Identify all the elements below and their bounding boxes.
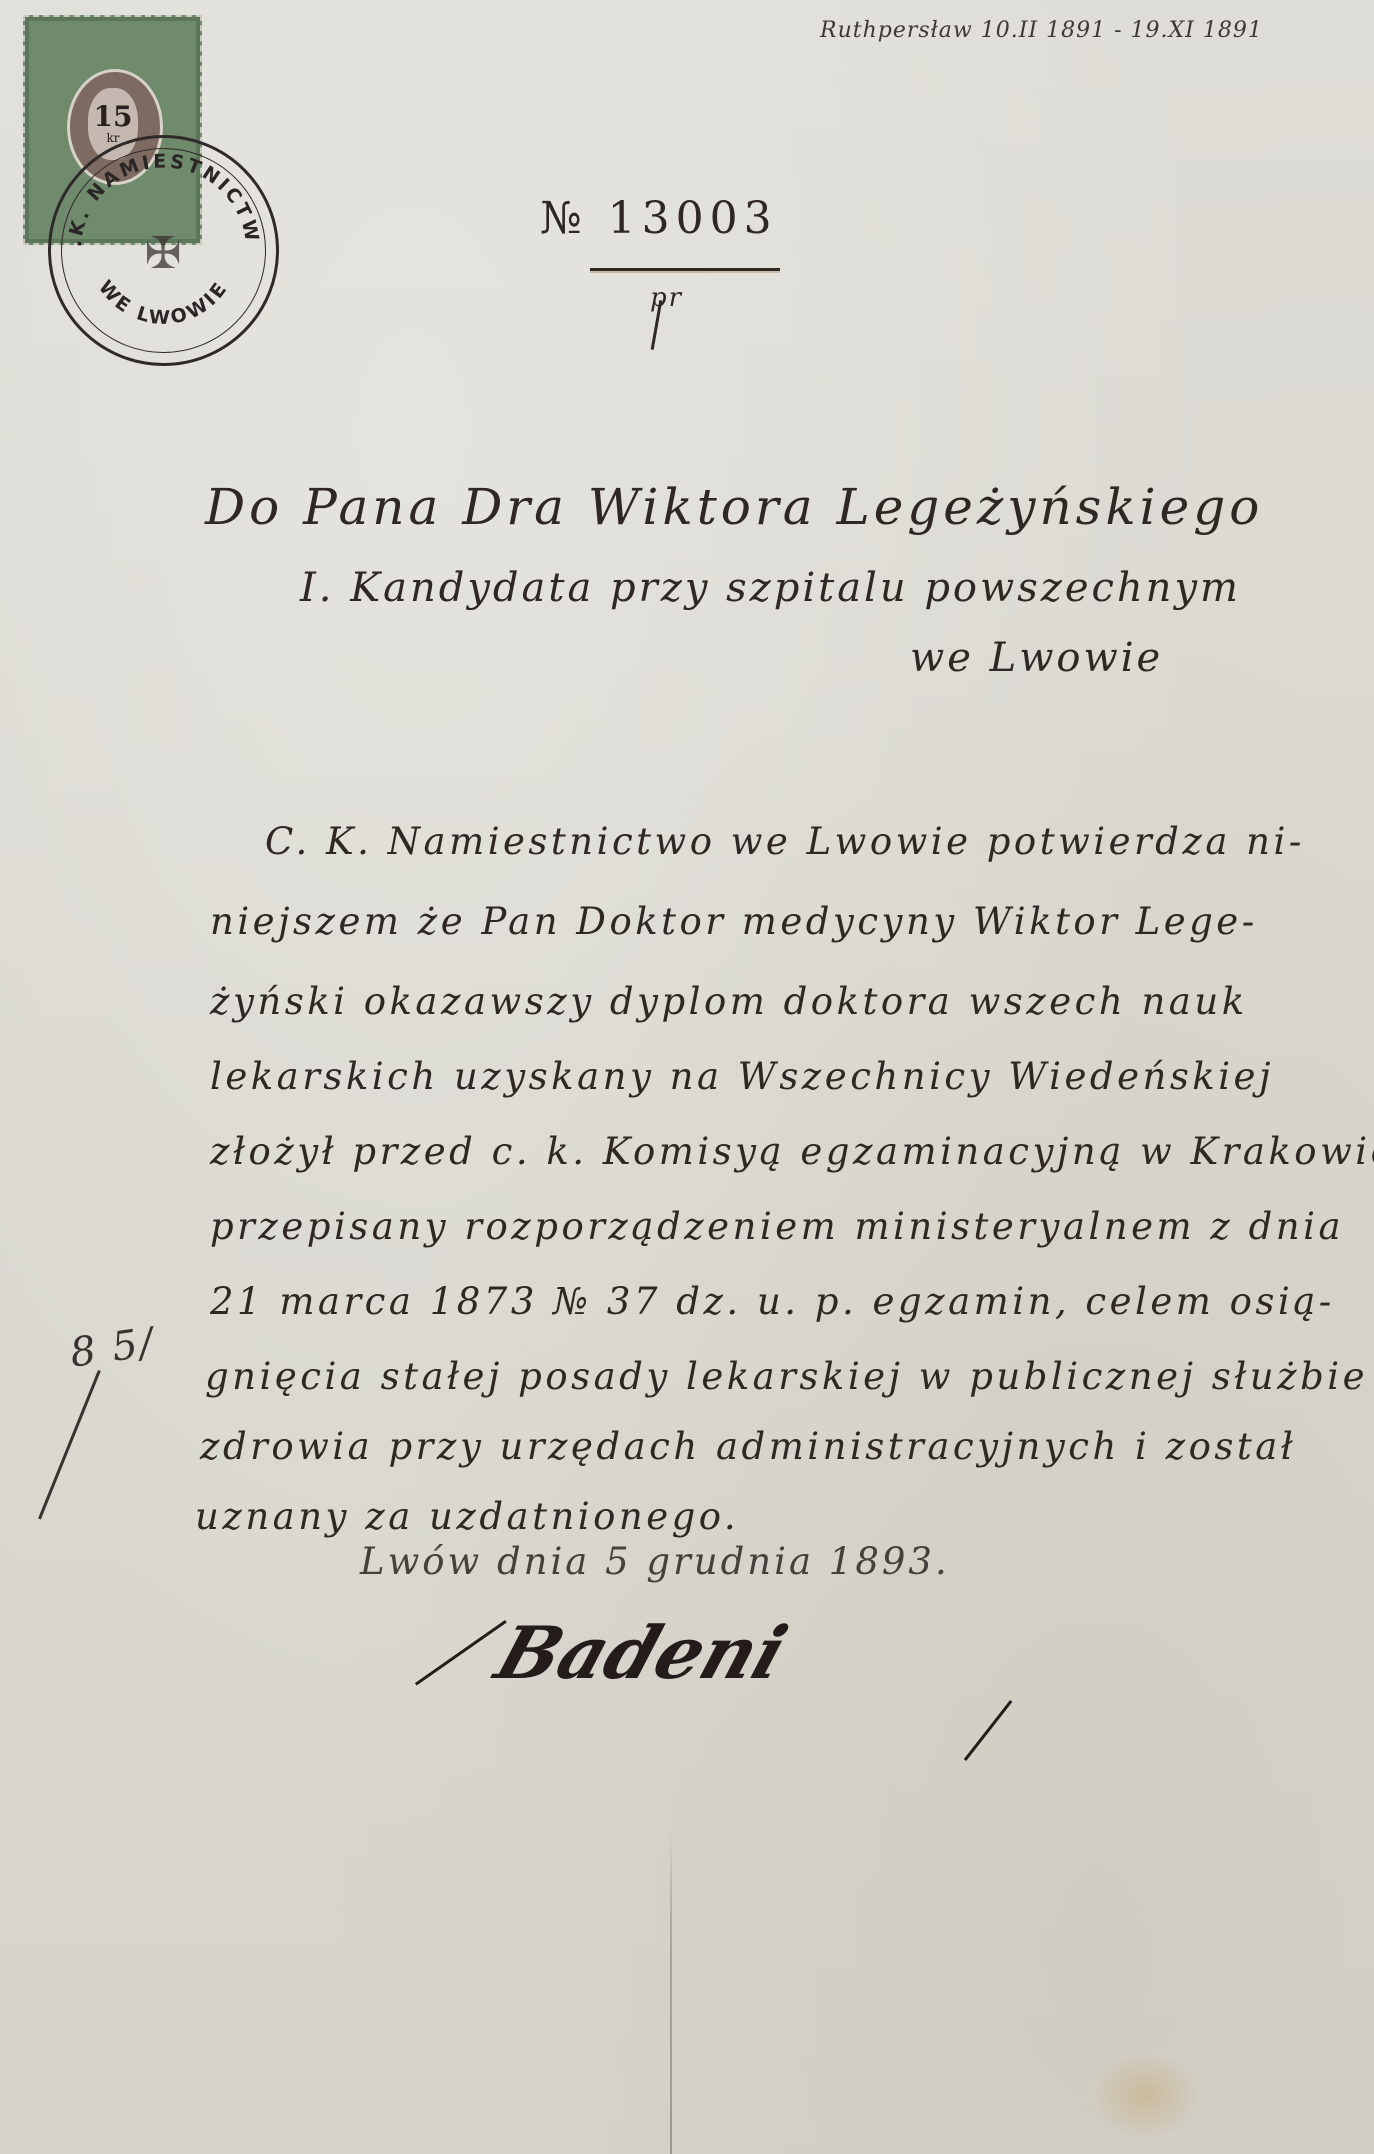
body-line: przepisany rozporządzeniem ministeryalne…	[210, 1205, 1344, 1248]
signature-tail	[964, 1700, 1013, 1761]
paper-stain	[1090, 2050, 1200, 2140]
margin-stroke	[38, 1370, 101, 1519]
body-line: 21 marca 1873 № 37 dz. u. p. egzamin, ce…	[210, 1280, 1335, 1323]
place-and-date: Lwów dnia 5 grudnia 1893.	[360, 1540, 950, 1583]
svg-text:WE LWOWIE: WE LWOWIE	[94, 276, 233, 329]
body-line: zdrowia przy urzędach administracyjnych …	[200, 1425, 1296, 1468]
body-line: gnięcia stałej posady lekarskiej w publi…	[205, 1355, 1368, 1398]
archive-note: Ruthpersław 10.II 1891 - 19.XI 1891	[820, 18, 1263, 43]
eagle-emblem-icon: ✠	[137, 228, 189, 280]
address-city: we Lwowie	[910, 635, 1163, 681]
paper-fold-crease	[670, 1830, 672, 2154]
signature: Badeni	[486, 1610, 797, 1695]
body-line: złożył przed c. k. Komisyą egzaminacyjną…	[210, 1130, 1374, 1173]
number-underline	[590, 268, 780, 271]
address-title: I. Kandydata przy szpitalu powszechnym	[300, 565, 1241, 611]
body-line: niejszem że Pan Doktor medycyny Wiktor L…	[210, 900, 1258, 943]
address-recipient: Do Pana Dra Wiktora Legeżyńskiego	[205, 478, 1263, 536]
document-number: № 13003	[540, 193, 778, 244]
official-seal: C.K. NAMIESTNICTWO WE LWOWIE ✠	[48, 135, 279, 366]
body-line: lekarskich uzyskany na Wszechnicy Wiedeń…	[210, 1055, 1274, 1098]
body-line: uznany za uzdatnionego.	[195, 1495, 739, 1538]
body-line: C. K. Namiestnictwo we Lwowie potwierdza…	[265, 820, 1305, 863]
stamp-value: 15	[94, 103, 133, 131]
document-number-sub: pr	[650, 283, 683, 313]
document-page: 15 kr C.K. NAMIESTNICTWO WE LWOWIE ✠ Rut…	[0, 0, 1374, 2154]
svg-text:C.K. NAMIESTNICTWO: C.K. NAMIESTNICTWO	[51, 138, 263, 248]
margin-note: 8 5/	[67, 1319, 158, 1376]
body-line: żyński okazawszy dyplom doktora wszech n…	[210, 980, 1248, 1023]
seal-text-ring: C.K. NAMIESTNICTWO WE LWOWIE	[51, 138, 276, 363]
